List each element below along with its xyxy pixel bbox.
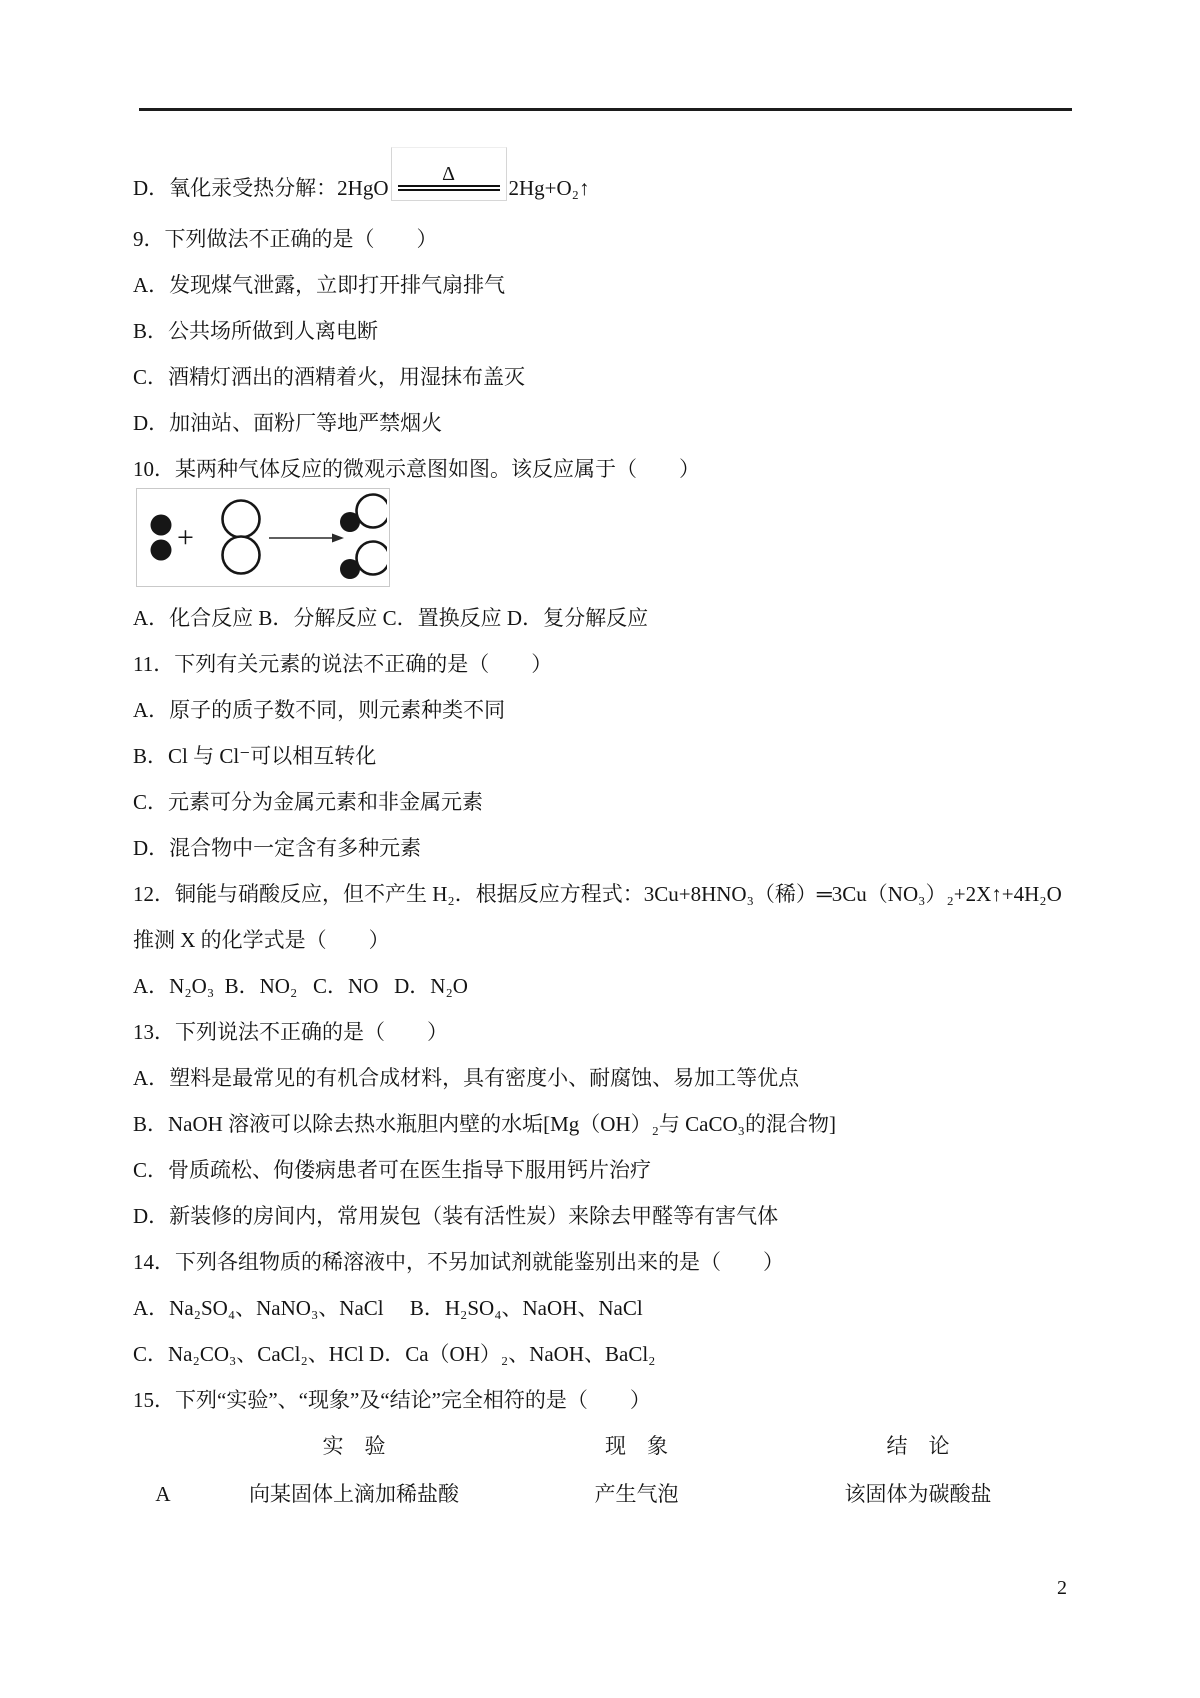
q15-row-a-phenomenon: 产生气泡 [519,1482,754,1507]
reactant-black-atom-1 [151,515,172,536]
q13-option-d: D．新装修的房间内，常用炭包（装有活性炭）来除去甲醛等有害气体 [133,1204,1080,1229]
q12-stem-line2: 推测 X 的化学式是（ ） [133,928,1080,953]
plus-sign: + [177,521,194,554]
q11-option-a: A．原子的质子数不同，则元素种类不同 [133,698,1080,723]
q11-option-c: C．元素可分为金属元素和非金属元素 [133,790,1080,815]
q15-header-empty [137,1434,189,1482]
reactant-black-atom-2 [151,540,172,561]
q13-stem: 13．下列说法不正确的是（ ） [133,1020,1080,1045]
q13-option-c: C．骨质疏松、佝偻病患者可在医生指导下服用钙片治疗 [133,1158,1080,1183]
q15-row-a-conclusion: 该固体为碳酸盐 [754,1482,1082,1507]
q15-header-experiment: 实 验 [189,1434,519,1482]
reactant-white-atom-1 [223,501,260,538]
q15-header-conclusion: 结 论 [754,1434,1082,1482]
q10-molecular-diagram: + [136,488,390,587]
q15-row-a-experiment: 向某固体上滴加稀盐酸 [189,1482,519,1507]
q11-stem: 11．下列有关元素的说法不正确的是（ ） [133,652,1080,677]
q9-stem: 9．下列做法不正确的是（ ） [133,227,1080,252]
q14-options-line-cd: C．Na₂CO₃、CaCl₂、HCl D．Ca（OH）₂、NaOH、BaCl₂ [133,1342,1080,1367]
q9-option-c: C．酒精灯洒出的酒精着火，用湿抹布盖灭 [133,365,1080,390]
q12-options-line: A．N₂O₃ B．NO₂ C．NO D．N₂O [133,974,1080,999]
content-area: D．氧化汞受热分解：2HgO Δ 2Hg+O₂↑ 9．下列做法不正确的是（ ） … [133,0,1080,1507]
q15-header-phenomenon: 现 象 [519,1434,754,1482]
molecular-diagram-svg: + [137,489,387,584]
q9-option-a: A．发现煤气泄露，立即打开排气扇排气 [133,273,1080,298]
delta-heat-icon: Δ [442,163,455,185]
q10-options-line: A．化合反应 B．分解反应 C．置换反应 D．复分解反应 [133,606,1080,631]
q15-table: 实 验 现 象 结 论 A 向某固体上滴加稀盐酸 产生气泡 该固体为碳酸盐 [137,1434,1082,1507]
q15-table-header-row: 实 验 现 象 结 论 [137,1434,1082,1482]
product2-white-atom [357,542,388,575]
reaction-arrow-head-icon [332,534,344,543]
q15-row-a-label: A [137,1482,189,1507]
q13-option-b: B．NaOH 溶液可以除去热水瓶胆内壁的水垢[Mg（OH）₂与 CaCO₃的混合… [133,1112,1080,1137]
q8-option-d-line: D．氧化汞受热分解：2HgO Δ 2Hg+O₂↑ [133,145,1080,201]
product1-white-atom [357,495,388,528]
reaction-condition-box: Δ [391,147,507,201]
q10-stem: 10．某两种气体反应的微观示意图如图。该反应属于（ ） [133,457,1080,482]
q11-option-b: B．Cl 与 Cl⁻可以相互转化 [133,744,1080,769]
q9-option-b: B．公共场所做到人离电断 [133,319,1080,344]
q15-stem: 15．下列“实验”、“现象”及“结论”完全相符的是（ ） [133,1388,1080,1413]
q11-option-d: D．混合物中一定含有多种元素 [133,836,1080,861]
q12-stem-line1: 12．铜能与硝酸反应，但不产生 H₂．根据反应方程式：3Cu+8HNO₃（稀）═… [133,882,1080,907]
double-line-equals [398,185,500,191]
q14-stem: 14．下列各组物质的稀溶液中，不另加试剂就能鉴别出来的是（ ） [133,1250,1080,1275]
q15-table-row-a: A 向某固体上滴加稀盐酸 产生气泡 该固体为碳酸盐 [137,1482,1082,1507]
q14-options-line-ab: A．Na₂SO₄、NaNO₃、NaCl B．H₂SO₄、NaOH、NaCl [133,1296,1080,1321]
reactant-white-atom-2 [223,537,260,574]
q8-option-d-prefix: D．氧化汞受热分解：2HgO [133,176,389,201]
q8-option-d-suffix: 2Hg+O₂↑ [509,176,590,201]
q13-option-a: A．塑料是最常见的有机合成材料，具有密度小、耐腐蚀、易加工等优点 [133,1066,1080,1091]
header-rule [139,108,1072,111]
exam-document-page: D．氧化汞受热分解：2HgO Δ 2Hg+O₂↑ 9．下列做法不正确的是（ ） … [0,0,1200,1698]
page-number: 2 [1057,1577,1067,1600]
q9-option-d: D．加油站、面粉厂等地严禁烟火 [133,411,1080,436]
